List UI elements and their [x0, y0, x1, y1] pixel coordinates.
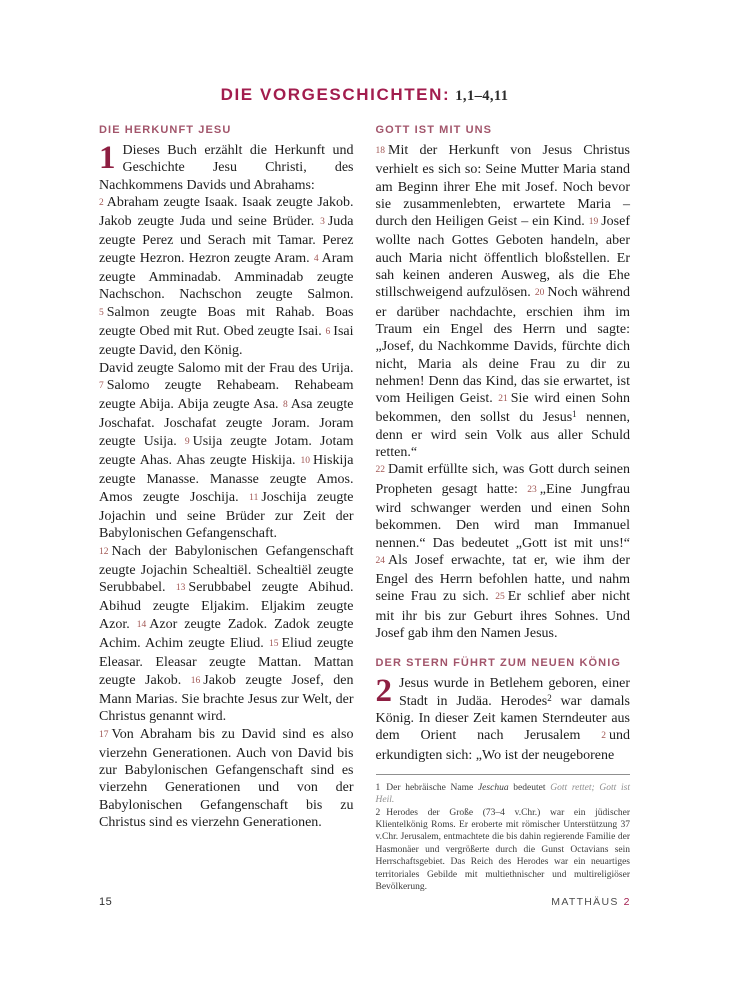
verse-number: 17: [99, 730, 112, 740]
verse-number: 9: [185, 437, 193, 447]
verse-number: 3: [320, 217, 328, 227]
verse-number: 5: [99, 308, 107, 318]
verse-number: 18: [376, 146, 389, 156]
verse-number: 20: [535, 288, 548, 298]
verse-number: 25: [495, 592, 508, 602]
verse-number: 19: [589, 217, 602, 227]
verse-number: 12: [99, 547, 112, 557]
verse-number: 14: [137, 620, 150, 630]
bible-paragraph: 12Nach der Babylonischen Gefangenschaft …: [99, 543, 354, 726]
section-heading: GOTT IST MIT UNS: [376, 124, 631, 136]
section-title: DIE VORGESCHICHTEN:: [221, 85, 451, 104]
verse-number: 4: [314, 254, 322, 264]
verse-number: 23: [527, 485, 540, 495]
section-verse-range: 1,1–4,11: [455, 88, 508, 104]
verse-number: 8: [283, 400, 291, 410]
footnote-divider: [376, 774, 631, 775]
text-run: Herodes der Große (73–4 v.Chr.) war ein …: [376, 808, 631, 892]
footnote-number: 1: [376, 783, 381, 793]
chapter-number-dropcap: 2: [376, 677, 393, 705]
verse-number: 2: [601, 731, 609, 741]
text-run: Von Abraham bis zu David sind es also vi…: [99, 727, 354, 830]
verse-number: 21: [498, 394, 511, 404]
text-run: David zeugte Salomo mit der Frau des Uri…: [99, 361, 354, 376]
verse-number: 11: [249, 493, 261, 503]
bible-paragraph: David zeugte Salomo mit der Frau des Uri…: [99, 360, 354, 543]
footnote: 2Herodes der Große (73–4 v.Chr.) war ein…: [376, 807, 631, 894]
text-run: Dieses Buch erzählt die Herkunft und Ges…: [99, 143, 354, 193]
verse-number: 24: [376, 556, 389, 566]
verse-number: 22: [376, 465, 389, 475]
chapter-ref: 2: [624, 896, 630, 908]
chapter-paragraph: 2Jesus wurde in Betlehem geboren, einer …: [376, 675, 631, 763]
bible-page: DIE VORGESCHICHTEN:1,1–4,11 DIE HERKUNFT…: [0, 0, 731, 1000]
verse-number: 16: [191, 676, 204, 686]
text-run: Noch während er darüber nachdachte, ersc…: [376, 285, 631, 406]
section-heading: DIE HERKUNFT JESU: [99, 124, 354, 136]
bible-paragraph: 22Damit erfüllte sich, was Gott durch se…: [376, 461, 631, 642]
left-column: DIE HERKUNFT JESU1Dieses Buch erzählt di…: [99, 124, 354, 831]
page-number: 15: [99, 896, 112, 908]
bible-paragraph: 17Von Abraham bis zu David sind es also …: [99, 726, 354, 832]
text-run: Der hebräische Name: [386, 783, 478, 793]
verse-number: 15: [269, 639, 282, 649]
chapter-paragraph: 1Dieses Buch erzählt die Herkunft und Ge…: [99, 142, 354, 194]
running-head: MATTHÄUS2: [551, 896, 630, 908]
section-heading: DER STERN FÜHRT ZUM NEUEN KÖNIG: [376, 657, 631, 669]
verse-number: 10: [301, 456, 314, 466]
verse-number: 6: [326, 327, 334, 337]
italic-text: Jeschua: [478, 783, 509, 793]
verse-number: 7: [99, 381, 107, 391]
chapter-number-dropcap: 1: [99, 144, 116, 172]
text-run: Abraham zeugte Isaak. Isaak zeugte Jakob…: [99, 195, 354, 229]
page-footer: 15 MATTHÄUS2: [99, 896, 630, 908]
footnote-number: 2: [376, 808, 381, 818]
right-column: GOTT IST MIT UNS18Mit der Herkunft von J…: [376, 124, 631, 893]
page-title: DIE VORGESCHICHTEN:1,1–4,11: [99, 85, 630, 105]
text-columns: DIE HERKUNFT JESU1Dieses Buch erzählt di…: [99, 124, 630, 893]
book-name: MATTHÄUS: [551, 896, 618, 908]
text-run: bedeutet: [509, 783, 551, 793]
text-run: Salmon zeugte Boas mit Rahab. Boas zeugt…: [99, 305, 354, 339]
bible-paragraph: 18Mit der Herkunft von Jesus Christus ve…: [376, 142, 631, 461]
verse-number: 2: [99, 198, 107, 208]
bible-paragraph: 2Abraham zeugte Isaak. Isaak zeugte Jako…: [99, 194, 354, 360]
footnote: 1Der hebräische Name Jeschua bedeutet Go…: [376, 782, 631, 807]
verse-number: 13: [176, 583, 189, 593]
